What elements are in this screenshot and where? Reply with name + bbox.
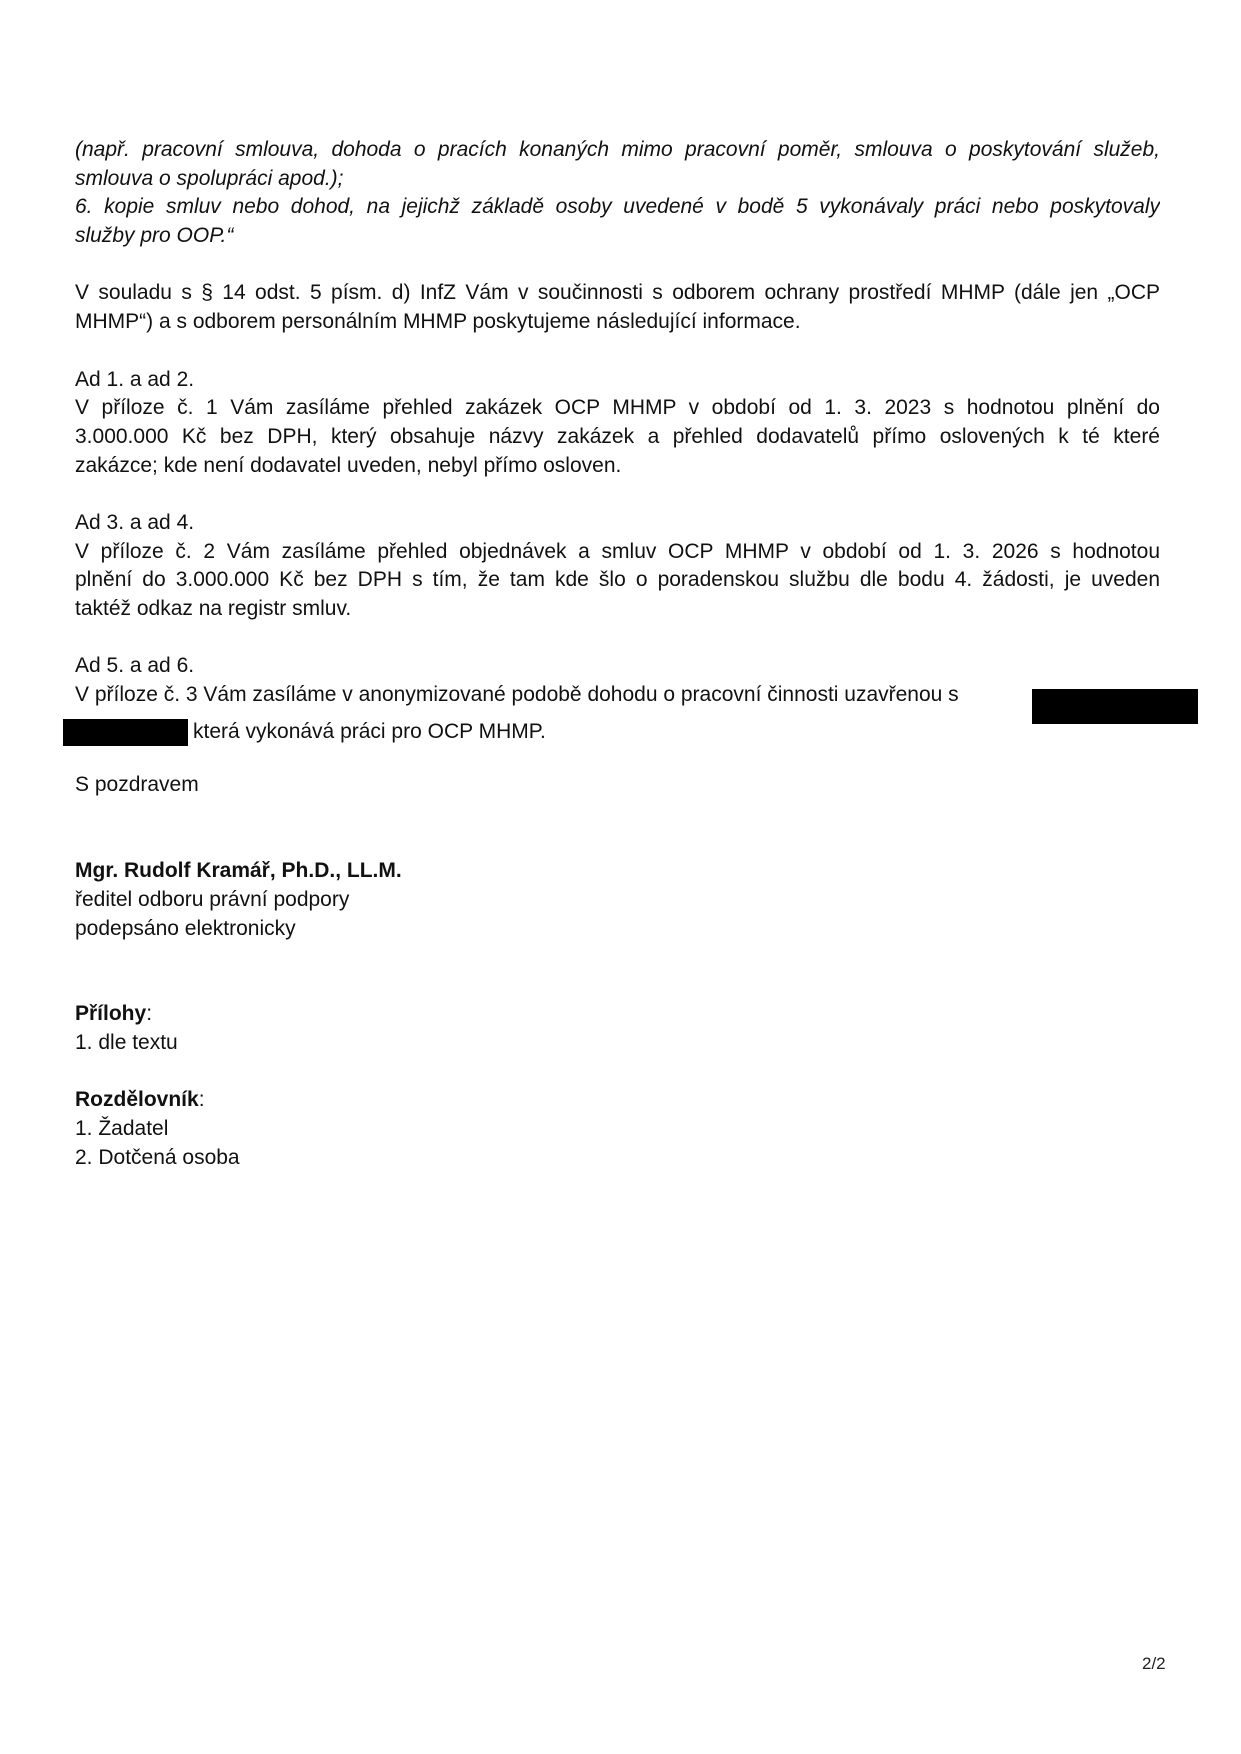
section-heading: Ad 5. a ad 6. [75,652,1160,681]
signatory-position: ředitel odboru právní podpory [75,886,1160,915]
intro-line: V souladu s § 14 odst. 5 písm. d) InfZ V… [75,279,1160,308]
section-line: V příloze č. 1 Vám zasíláme přehled zaká… [75,394,1160,423]
distribution-label: Rozdělovník [75,1088,199,1111]
intro-line: MHMP“) a s odborem personálním MHMP posk… [75,308,1160,337]
section-heading: Ad 3. a ad 4. [75,509,1160,538]
signature-note: podepsáno elektronicky [75,915,1160,944]
section-line: plnění do 3.000.000 Kč bez DPH s tím, že… [75,566,1160,595]
section-line: 3.000.000 Kč bez DPH, který obsahuje náz… [75,423,1160,452]
page-number: 2/2 [1142,1654,1166,1674]
attachment-item: 1. dle textu [75,1029,1160,1058]
section-line: V příloze č. 3 Vám zasíláme v anonymizov… [75,681,1160,710]
redaction-block [63,719,188,746]
signatory-name: Mgr. Rudolf Kramář, Ph.D., LL.M. [75,857,1160,886]
quote-line: (např. pracovní smlouva, dohoda o pracíc… [75,136,1160,165]
attachments-label: Přílohy [75,1002,146,1025]
closing-text: S pozdravem [75,771,1160,800]
section-line: zakázce; kde není dodavatel uveden, neby… [75,452,1160,481]
document-body: (např. pracovní smlouva, dohoda o pracíc… [75,136,1160,1172]
section-line: taktéž odkaz na registr smluv. [75,595,1160,624]
quote-line: smlouva o spolupráci apod.); [75,165,1160,194]
redaction-block [1032,689,1198,724]
quote-line: 6. kopie smluv nebo dohod, na jejichž zá… [75,193,1160,222]
distribution-item: 1. Žadatel [75,1115,1160,1144]
section-line: která vykonává práci pro OCP MHMP. [193,718,546,747]
distribution-item: 2. Dotčená osoba [75,1144,1160,1173]
section-heading: Ad 1. a ad 2. [75,366,1160,395]
quote-line: služby pro OOP.“ [75,222,1160,251]
section-line: V příloze č. 2 Vám zasíláme přehled obje… [75,538,1160,567]
